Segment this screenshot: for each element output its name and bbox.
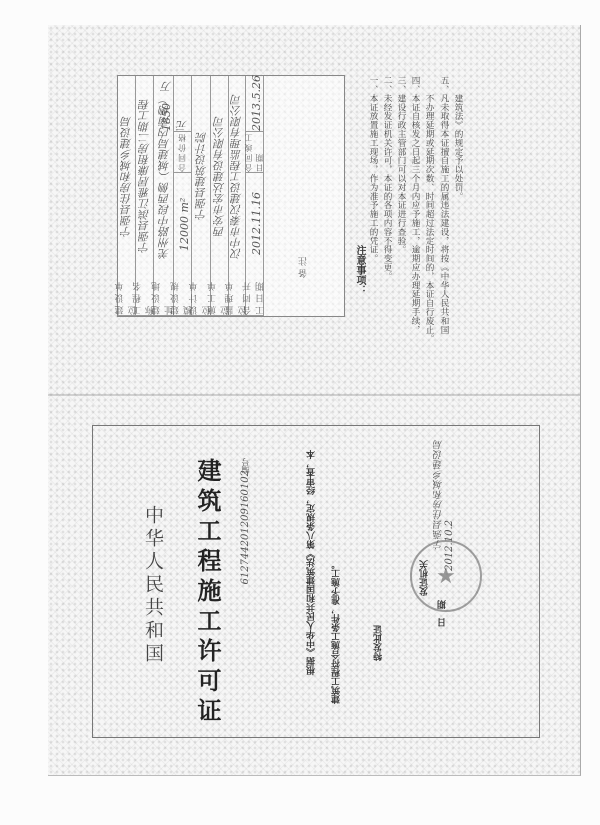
row-value: 宁强县滨江雅居廉租房二期工程 [135,76,153,283]
row-label: 合同开工日期 [245,277,263,316]
row-value: 2012.11.16 [245,171,263,283]
permit-title: 建筑工程施工许可证 [190,458,225,728]
row-value: 汉中市秦汉建设工程监理有限公司 [228,76,245,283]
country-name: 中华人民共和国 [140,505,167,666]
row-sub-value: 1850 万元 [173,76,191,137]
note-5: 五、凡未取得本证擅自施工的属违法建设，将按《中华人民共和国 [438,76,450,326]
note-4: 四、本证自核发之日起三个月内应予施工，逾期应办理延期手续， [409,76,421,326]
row-sub-label: 合同价格 [173,131,191,173]
cover-body-line-2: 建筑工程符合施工条件，准予施工。 [330,560,343,704]
info-table: 宁强县住房和城乡建设局建设单位宁强县滨江雅居廉租房二期工程工程名称羌州路中段西侧… [117,75,345,317]
official-seal: ★ [410,540,482,612]
row-label: 备注 [263,236,344,296]
star-icon: ★ [436,564,456,589]
note-4-cont: 不办理延期或延期次数、时间超过法定时间的，本证自行废止。 [423,76,435,326]
table-row: 备注 [263,76,344,316]
row-value: 12000 m² [173,171,191,283]
notes-title: 注意事项： [352,245,367,295]
cover-body-line-1: 根据《中华人民共和国建筑法》第八条规定，经审查，本 [305,450,318,675]
row-value: 宁强县建筑设计院 [191,76,210,283]
note-3: 三、建设行政主管部门可以对本证进行查验。 [395,76,407,326]
table-row: 2013.5.26合同竣工日期2012.11.16合同开工日期 [245,76,264,316]
note-5-cont: 建筑法》的规定予以处罚。 [452,76,464,326]
row-value: 宁强县住房和城乡建设局 [118,76,135,283]
row-sub-value: 2013.5.26 [245,76,263,137]
fold-line [48,394,580,396]
row-value: 西安市宏达建设有限公司 [210,76,228,283]
row-sub-label: 合同竣工日期 [245,131,263,173]
note-1: 一、本证放置施工现场，作为准予施工的凭证。 [367,76,379,326]
note-2: 二、未经发证机关许可，本证的各项内容不得变更。 [381,76,393,326]
permit-number-value: 612744201209160102 [240,470,251,585]
issue-text: 特发此证 [372,625,385,661]
